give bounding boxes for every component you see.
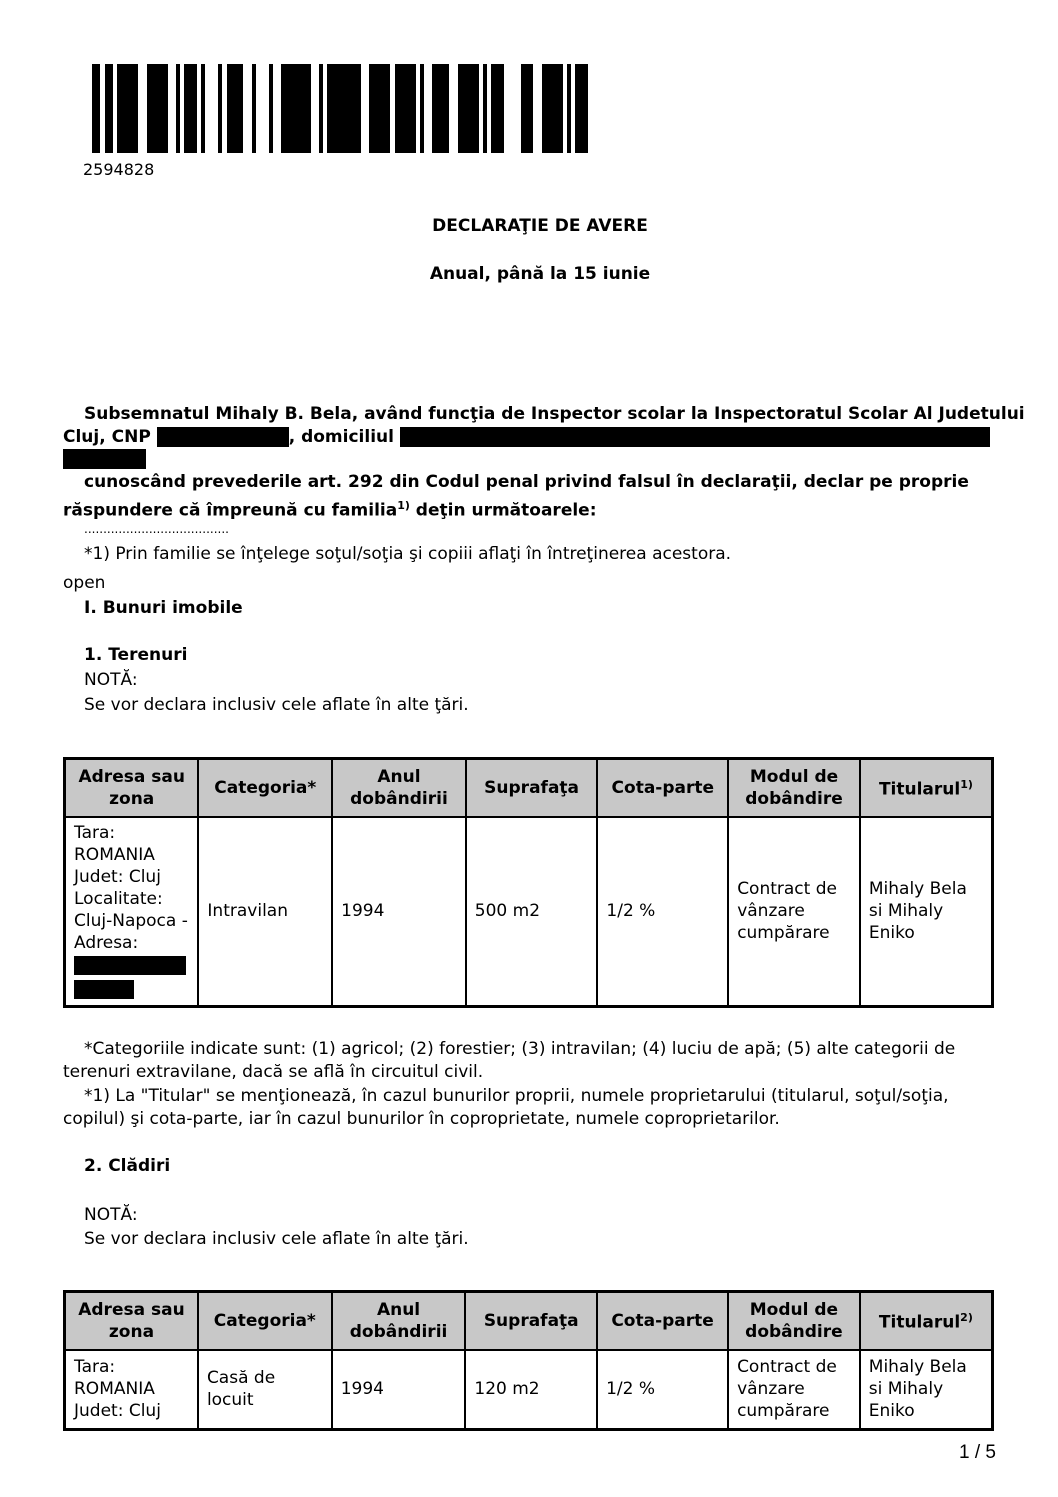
open-label: open	[63, 572, 105, 595]
cnp-label: Cluj, CNP	[63, 427, 151, 447]
address-line: Cluj-Napoca -	[74, 910, 189, 932]
cell-mode: Contract de vânzare cumpărare	[728, 817, 860, 1007]
address-line: Judet: Cluj	[74, 1400, 189, 1422]
section-heading-immovable: I. Bunuri imobile	[84, 597, 243, 620]
intro-line-2: Cluj, CNP , domiciliul	[63, 426, 990, 449]
cell-year: 1994	[332, 1350, 466, 1430]
buildings-table: Adresa sau zona Categoria* Anul dobândir…	[63, 1290, 994, 1431]
cell-category: Casă de locuit	[198, 1350, 332, 1430]
cell-mode: Contract de vânzare cumpărare	[728, 1350, 860, 1430]
cnp-redaction	[157, 427, 289, 447]
table-row: Tara:ROMANIAJudet: Cluj Casă de locuit 1…	[65, 1350, 993, 1430]
address-line: ROMANIA	[74, 1378, 189, 1400]
cell-owner: Mihaly Bela si Mihaly Eniko	[860, 817, 993, 1007]
document-title: DECLARAŢIE DE AVERE	[0, 216, 1058, 236]
note-text-2: Se vor declara inclusiv cele aflate în a…	[84, 1228, 469, 1251]
cell-address: Tara:ROMANIAJudet: ClujLocalitate:Cluj-N…	[65, 817, 199, 1007]
note-text-1: Se vor declara inclusiv cele aflate în a…	[84, 694, 469, 717]
address-redaction-2	[74, 980, 134, 999]
cell-area: 500 m2	[466, 817, 598, 1007]
table-header-row: Adresa sau zona Categoria* Anul dobândir…	[65, 1292, 993, 1350]
table-row: Tara:ROMANIAJudet: ClujLocalitate:Cluj-N…	[65, 817, 993, 1007]
titular-note: *1) La "Titular" se menţionează, în cazu…	[63, 1085, 973, 1131]
note-label-1: NOTĂ:	[84, 669, 138, 692]
intro-line-3: cunoscând prevederile art. 292 din Codul…	[84, 471, 969, 494]
cell-owner: Mihaly Bela si Mihaly Eniko	[860, 1350, 993, 1430]
domicile-label: , domiciliul	[289, 427, 394, 447]
address-line: Tara:	[74, 1356, 189, 1378]
address-line: Judet: Cluj	[74, 866, 189, 888]
family-footnote: *1) Prin familie se înţelege soţul/soţia…	[84, 543, 731, 566]
address-line: Adresa:	[74, 932, 189, 954]
cell-area: 120 m2	[465, 1350, 597, 1430]
address-line: Tara:	[74, 822, 189, 844]
document-subtitle: Anual, până la 15 iunie	[0, 264, 1058, 284]
subsection-land: 1. Terenuri	[84, 644, 187, 667]
domicile-redaction-2	[63, 449, 146, 469]
page-number: 1 / 5	[959, 1442, 996, 1464]
intro-line-1: Subsemnatul Mihaly B. Bela, având funcţi…	[84, 403, 1025, 426]
subsection-buildings: 2. Clădiri	[84, 1155, 170, 1178]
table-header-row: Adresa sau zona Categoria* Anul dobândir…	[65, 759, 993, 817]
cell-category: Intravilan	[198, 817, 332, 1007]
cell-share: 1/2 %	[597, 1350, 728, 1430]
barcode	[92, 64, 588, 153]
domicile-redaction	[400, 427, 990, 447]
cell-year: 1994	[332, 817, 466, 1007]
address-redaction	[74, 956, 186, 975]
address-line: Localitate:	[74, 888, 189, 910]
address-line: ROMANIA	[74, 844, 189, 866]
barcode-number: 2594828	[83, 160, 154, 179]
note-label-2: NOTĂ:	[84, 1204, 138, 1227]
categories-note: *Categoriile indicate sunt: (1) agricol;…	[63, 1038, 963, 1084]
land-table: Adresa sau zona Categoria* Anul dobândir…	[63, 757, 994, 1008]
dotted-line: ......................................	[84, 518, 229, 541]
cell-share: 1/2 %	[597, 817, 728, 1007]
cell-address: Tara:ROMANIAJudet: Cluj	[65, 1350, 198, 1430]
